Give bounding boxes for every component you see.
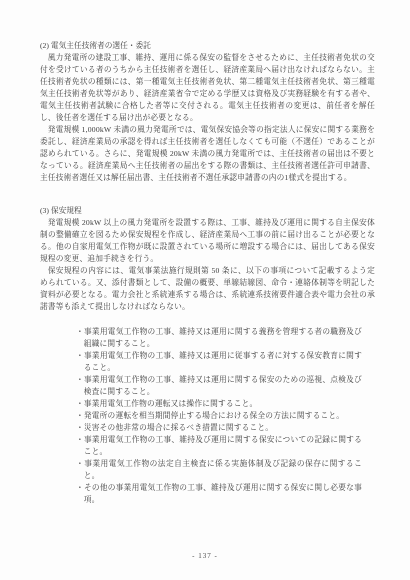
bullet-marker: ・ [76, 351, 84, 360]
bullet-text: 事業用電気工作物の法定自主検査に係る実施体制及び記録の保存に関すること。 [84, 459, 362, 480]
bullet-list: ・事業用電気工作物の工事、維持又は運用に関する義務を管理する者の職務及び組織に関… [76, 326, 362, 506]
list-item: ・事業用電気工作物の工事、維持又は運用に関する保安のための巡視、点検及び検査に関… [76, 374, 362, 398]
bullet-text: その他の事業用電気工作物の工事、維持及び運用に関する保安に関し必要な事項。 [84, 483, 362, 504]
bullet-text: 事業用電気工作物の工事、維持又は運用に関する保安のための巡視、点検及び検査に関す… [84, 375, 362, 396]
list-item: ・災害その他非常の場合に採るべき措置に関すること。 [76, 422, 362, 434]
page-number: - 137 - [0, 552, 410, 560]
list-item: ・事業用電気工作物の法定自主検査に係る実施体制及び記録の保存に関すること。 [76, 458, 362, 482]
document-page: (2) 電気主任技術者の選任・委託 風力発電所の建設工事、維持、運用に係る保安の… [0, 0, 410, 580]
bullet-text: 事業用電気工作物の工事、維持又は運用に従事する者に対する保安教育に関すること。 [84, 351, 362, 372]
bullet-text: 発電所の運転を相当期間停止する場合における保全の方法に関すること。 [84, 411, 344, 420]
bullet-marker: ・ [76, 483, 84, 492]
paragraph: 風力発電所の建設工事、維持、運用に係る保安の監督をさせるために、主任技術者免状の… [40, 52, 375, 124]
paragraph: 保安規程の内容には、電気事業法施行規則第 50 条に、以下の事項について記載する… [40, 265, 375, 313]
list-item: ・事業用電気工作物の工事、維持又は運用に従事する者に対する保安教育に関すること。 [76, 350, 362, 374]
bullet-text: 事業用電気工作物の工事、維持又は運用に関する義務を管理する者の職務及び組織に関す… [84, 327, 362, 348]
bullet-text: 事業用電気工作物の工事、維持及び運用に関する保安についての記録に関すること。 [84, 435, 362, 456]
list-item: ・事業用電気工作物の工事、維持及び運用に関する保安についての記録に関すること。 [76, 434, 362, 458]
paragraph: 発電規模 1,000kW 未満の風力発電所では、電気保安協会等の指定法人に保安に… [40, 124, 375, 184]
bullet-marker: ・ [76, 399, 84, 408]
section-heading: (2) 電気主任技術者の選任・委託 [40, 40, 375, 52]
bullet-marker: ・ [76, 327, 84, 336]
list-item: ・事業用電気工作物の運転又は操作に関すること。 [76, 398, 362, 410]
bullet-text: 事業用電気工作物の運転又は操作に関すること。 [84, 399, 258, 408]
bullet-marker: ・ [76, 435, 84, 444]
section-chief-electrical-engineer: (2) 電気主任技術者の選任・委託 風力発電所の建設工事、維持、運用に係る保安の… [40, 40, 375, 184]
bullet-text: 災害その他非常の場合に採るべき措置に関すること。 [84, 423, 273, 432]
bullet-marker: ・ [76, 411, 84, 420]
bullet-marker: ・ [76, 375, 84, 384]
bullet-marker: ・ [76, 459, 84, 468]
section-heading: (3) 保安規程 [40, 205, 375, 217]
paragraph: 発電規模 20kW 以上の風力発電所を設置する際は、工事、維持及び運用に関する自… [40, 217, 375, 265]
bullet-marker: ・ [76, 423, 84, 432]
list-item: ・事業用電気工作物の工事、維持又は運用に関する義務を管理する者の職務及び組織に関… [76, 326, 362, 350]
list-item: ・その他の事業用電気工作物の工事、維持及び運用に関する保安に関し必要な事項。 [76, 482, 362, 506]
list-item: ・発電所の運転を相当期間停止する場合における保全の方法に関すること。 [76, 410, 362, 422]
section-safety-regulations: (3) 保安規程 発電規模 20kW 以上の風力発電所を設置する際は、工事、維持… [40, 205, 375, 506]
